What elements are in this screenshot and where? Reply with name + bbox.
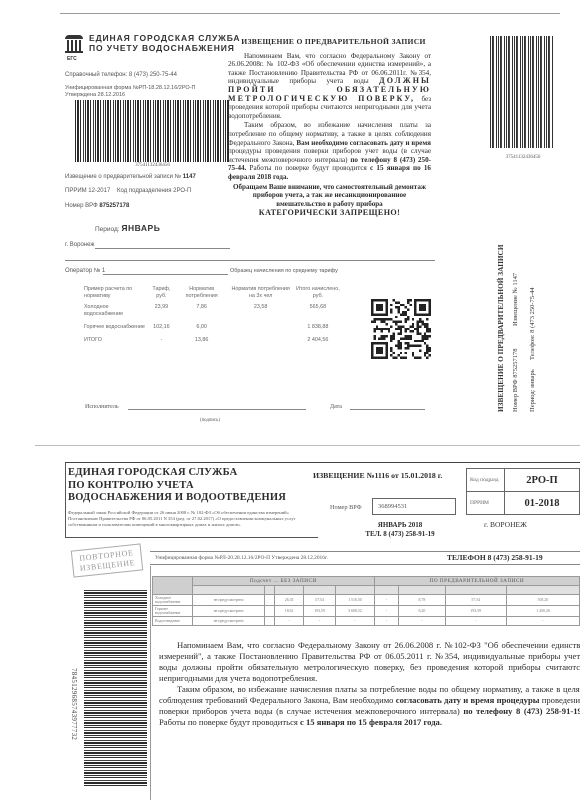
stub-vrf: Номер ВРФ 875257178 — [512, 348, 519, 412]
signature-caption: (подпись) — [200, 418, 220, 423]
form-number: Унифицированная форма №РЛ-20.28.12.16/2Р… — [155, 555, 328, 561]
law-reference: Федеральный закон Российской Федерации о… — [68, 510, 316, 527]
reference-phone: Справочный телефон: 8 (473) 250-75-44 — [65, 72, 177, 78]
address-field — [65, 260, 435, 261]
city-field — [95, 248, 230, 249]
vrf-number: 368994531 — [372, 498, 456, 515]
pprim-line: ПРРИМ 12-2017 Код подразделения 2РО-П — [65, 188, 191, 194]
stub-barcode — [490, 36, 554, 148]
top-edge-line — [60, 13, 560, 14]
stub-title: ИЗВЕЩЕНИЕ О ПРЕДВАРИТЕЛЬНОЙ ЗАПИСИ — [496, 244, 505, 412]
notice-2-title: ИЗВЕЩЕНИЕ №1116 от 15.01.2018 г. — [313, 471, 442, 480]
calculation-table: Подсчет ... БЕЗ ЗАПИСИ ПО ПРЕДВАРИТЕЛЬНО… — [152, 576, 580, 626]
month-and-phone: ЯНВАРЬ 2018 ТЕЛ. 8 (473) 258-91-19 — [345, 521, 455, 538]
notice-1-body: ИЗВЕЩЕНИЕ О ПРЕДВАРИТЕЛЬНОЙ ЗАПИСИ Напом… — [228, 38, 431, 219]
paragraph-2: Таким образом, во избежание начисления п… — [159, 684, 580, 728]
notice-2-body: Напоминаем Вам, что согласно Федеральном… — [159, 640, 580, 728]
vrf-line: Номер ВРФ 875257178 — [65, 203, 129, 209]
column-header: Норматив потребления на 3х чел — [227, 285, 293, 301]
barcode-number: 37541132436456 — [75, 163, 230, 168]
table-row: Холодное водоснабжениене предусмотрено26… — [153, 595, 580, 606]
table-row: Холодное водоснабжение23,997,8623,58565,… — [82, 301, 342, 321]
column-header: Норматив потребления — [176, 285, 228, 301]
building-columns-icon — [65, 35, 83, 57]
city-label: г. Воронеж — [65, 242, 94, 248]
period: Период: ЯНВАРЬ — [95, 223, 160, 233]
notice-2-org-name: ЕДИНАЯ ГОРОДСКАЯ СЛУЖБА ПО КОНТРОЛЮ УЧЕТ… — [68, 467, 286, 505]
operator-label: Оператор № 1 — [65, 268, 105, 274]
stub-phone: Телефон: 8 (473 250-75-44 — [529, 287, 536, 360]
stub-period: Период: январь — [529, 369, 536, 412]
barcode — [84, 590, 147, 786]
table-row: ИТОГО-13,862 404,56 — [82, 334, 342, 347]
pprim-code: 01-2018 — [505, 492, 580, 515]
group-with-appointment: ПО ПРЕДВАРИТЕЛЬНОЙ ЗАПИСИ — [374, 577, 579, 586]
vrf-label: Номер ВРФ — [330, 504, 362, 511]
divider — [150, 566, 151, 800]
barcode — [75, 100, 230, 162]
table-row: Горячее водоснабжениене предусмотрено18,… — [153, 606, 580, 617]
date-label: Дата — [330, 404, 342, 410]
executor-label: Исполнитель — [85, 404, 119, 410]
column-header: Тариф, руб. — [147, 285, 176, 301]
operator-field — [103, 274, 228, 275]
stub-barcode-number: 37541132436456 — [490, 155, 556, 160]
executor-signature-field — [128, 409, 306, 410]
table-row: Водоотведениене предусмотрено------- — [153, 617, 580, 626]
paragraph-1: Напоминаем Вам, что согласно Федеральном… — [159, 640, 580, 684]
notice-1: ЕДИНАЯ ГОРОДСКАЯ СЛУЖБА ПО УЧЕТУ ВОДОСНА… — [0, 0, 580, 445]
paragraph-2: Таким образом, во избежание начисления п… — [228, 121, 431, 181]
qr-code — [371, 298, 431, 360]
warning-text: Обращаем Ваше внимание, что самостоятель… — [228, 183, 431, 209]
org-logo: ЕДИНАЯ ГОРОДСКАЯ СЛУЖБА ПО УЧЕТУ ВОДОСНА… — [65, 33, 240, 57]
notice-number-line: Извещение о предварительной записи № 114… — [65, 174, 196, 180]
stub-notice-number: Извещение № 1147 — [512, 273, 519, 326]
org-name: ЕДИНАЯ ГОРОДСКАЯ СЛУЖБА ПО УЧЕТУ ВОДОСНА… — [89, 33, 240, 53]
paragraph-1: Напоминаем Вам, что согласно Федеральном… — [228, 52, 431, 121]
city: г. ВОРОНЕЖ — [484, 520, 527, 529]
repeat-notice-stamp: ПОВТОРНОЕ ИЗВЕЩЕНИЕ — [71, 543, 143, 577]
group-without-appointment: Подсчет ... БЕЗ ЗАПИСИ — [193, 577, 375, 586]
column-header: Итого начислено, руб. — [294, 285, 342, 301]
division-grid: Код подразд2РО-П ПРРИМ01-2018 — [466, 468, 580, 515]
table-row: Горячее водоснабжение102,166,001 838,88 — [82, 321, 342, 334]
cut-line — [35, 445, 580, 446]
division-code: 2РО-П — [505, 469, 580, 492]
org-abbr: ЕГС — [67, 56, 77, 62]
column-header: Пример расчета по нормативу — [82, 285, 147, 301]
sample-label: Образец начисления по среднему тарифу — [230, 268, 338, 274]
date-field — [350, 409, 425, 410]
warning-caps: КАТЕГОРИЧЕСКИ ЗАПРЕЩЕНО! — [228, 209, 431, 218]
phone: ТЕЛЕФОН 8 (473) 258-91-19 — [447, 553, 543, 562]
sample-calc-table: Пример расчета по нормативуТариф, руб.Но… — [82, 285, 342, 347]
approved-date: Утверждена 28.12.2016 — [65, 92, 125, 98]
notice-1-title: ИЗВЕЩЕНИЕ О ПРЕДВАРИТЕЛЬНОЙ ЗАПИСИ — [236, 38, 431, 47]
form-number: Унифицированная форма №РП-18.28.12.16/2Р… — [65, 85, 195, 91]
barcode-number: 7845129685743977732 — [70, 668, 78, 740]
